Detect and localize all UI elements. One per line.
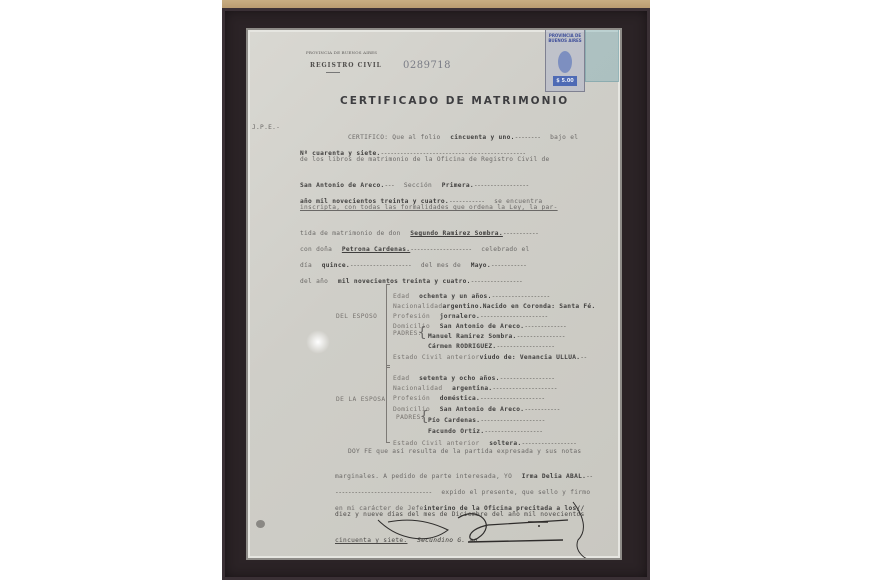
closing-line-1: DOY FE que así resulta de la partida exp… [348,448,581,455]
groom-civil-status: Estado Civil anteriorviudo de: Venancia … [393,344,587,363]
divider [326,72,340,73]
bride-section-label: DE LA ESPOSA [336,396,386,403]
registry-heading: REGISTRO CIVIL [310,62,382,69]
stamp-value: $ 5.00 [553,76,577,86]
bride-brace [386,365,390,443]
marriage-certificate: PROVINCIA DE BUENOS AIRES REGISTRO CIVIL… [248,30,620,558]
parents-brace-icon: { [418,326,427,340]
coat-of-arms-icon [558,51,572,73]
signature [368,500,608,558]
light-glare [306,330,330,354]
groom-brace [386,284,390,368]
bride-civil-status: Estado Civil anterior soltera.----------… [393,430,576,449]
serial-number: 0289718 [403,60,451,71]
body-line-3: de los libros de matrimonio de la Oficin… [300,156,550,163]
secondary-stamp [585,30,619,82]
ink-spot [256,520,265,528]
stamp-text: PROVINCIA DE BUENOS AIRES [548,33,582,43]
groom-section-label: DEL ESPOSO [336,313,377,320]
revenue-stamp: PROVINCIA DE BUENOS AIRES $ 5.00 [545,30,585,92]
body-line-6: inscripta, con todas las formalidades qu… [300,204,558,211]
document-title: CERTIFICADO DE MATRIMONIO [340,95,569,107]
province-heading: PROVINCIA DE BUENOS AIRES [306,50,377,55]
margin-note: J.P.E.- [252,124,280,131]
